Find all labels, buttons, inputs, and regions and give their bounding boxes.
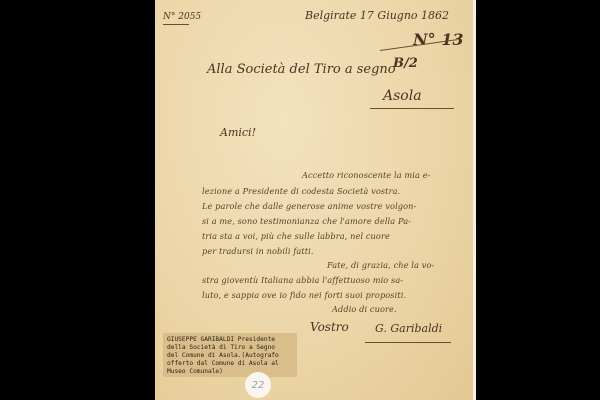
label-line: GIUSEPPE GARIBALDI Presidente (167, 336, 293, 344)
destination: Asola (383, 88, 422, 104)
label-line: offerto dal Comune di Asola al (167, 360, 293, 368)
closing: Vostro (310, 320, 349, 334)
archive-number: N° 2055 (163, 12, 201, 22)
body-line: si a me, sono testimonianza che l'amore … (202, 216, 411, 226)
body-line: Fate, di grazia, che la vo- (327, 260, 434, 270)
museum-label: GIUSEPPE GARIBALDI Presidente della Soci… (163, 333, 297, 377)
signature-underline (365, 342, 451, 343)
underline (370, 108, 454, 109)
inventory-sticker: 22 (245, 372, 271, 398)
signature: G. Garibaldi (375, 322, 442, 335)
body-line: Le parole che dalle generose anime vostr… (202, 201, 416, 211)
place-date: Belgirate 17 Giugno 1862 (305, 9, 449, 22)
label-line: Museo Comunale) (167, 368, 293, 376)
body-line: Addio di cuore. (332, 304, 397, 314)
underline (163, 24, 189, 25)
salutation: Amici! (220, 126, 256, 139)
letter-paper: N° 2055 Belgirate 17 Giugno 1862 N° 13 A… (155, 0, 476, 400)
label-line: della Società di Tiro a Segno (167, 344, 293, 352)
margin-note: B/2 (393, 56, 418, 71)
addressee: Alla Società del Tiro a segno (207, 62, 396, 77)
body-line: luto, e sappia ove io fido nei forti suo… (202, 290, 406, 300)
body-line: tria sta a voi, più che sulle labbra, ne… (202, 231, 390, 241)
body-line: Accetto riconoscente la mia e- (302, 170, 431, 180)
body-line: lezione a Presidente di codesta Società … (202, 186, 400, 196)
body-line: stra gioventù Italiana abbia l'affettuos… (202, 275, 403, 285)
body-line: per tradursi in nobili fatti. (202, 246, 314, 256)
label-line: del Comune di Asola.(Autografo (167, 352, 293, 360)
